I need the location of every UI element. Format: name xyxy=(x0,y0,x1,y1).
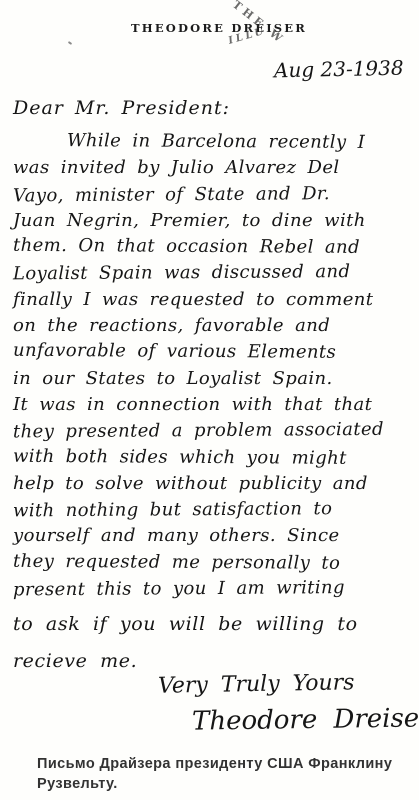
letter-scan-page: THEODORE DREISER THE W ILLU Aug 23-1938 … xyxy=(0,0,419,800)
signature: Theodore Dreiser xyxy=(192,703,419,736)
letter-line: with nothing but satisfaction to xyxy=(13,496,413,525)
letter-line: It was in connection with that that xyxy=(13,392,413,418)
closing-valediction: Very Truly Yours xyxy=(158,670,355,698)
letter-line: to ask if you will be willing to xyxy=(13,606,413,643)
letter-line: they requested me personally to xyxy=(13,549,413,578)
letter-line: unfavorable of various Elements xyxy=(13,338,413,367)
letter-line: Juan Negrin, Premier, to dine with xyxy=(13,208,413,234)
letter-line: with both sides which you might xyxy=(13,443,413,472)
caption-russian: Письмо Драйзера президенту США Франклину… xyxy=(37,755,392,794)
letter-line: While in Barcelona recently I xyxy=(13,128,413,157)
caption-line-1: Письмо Драйзера президенту США Франклину xyxy=(37,755,392,775)
letter-body-paragraph-1: While in Barcelona recently I was invite… xyxy=(13,129,413,602)
letter-line: finally I was requested to comment xyxy=(13,287,413,313)
letter-line: in our States to Loyalist Spain. xyxy=(13,366,413,392)
ink-speck xyxy=(68,41,72,45)
letter-line: help to solve without publicity and xyxy=(13,471,413,497)
letter-body-paragraph-2: to ask if you will be willing to recieve… xyxy=(13,606,413,680)
letter-line: yourself and many others. Since xyxy=(13,523,413,549)
letter-line: present this to you I am writing xyxy=(13,575,413,604)
caption-line-2: Рузвельту. xyxy=(37,775,392,795)
handwritten-date: Aug 23-1938 xyxy=(274,56,404,83)
letter-line: was invited by Julio Alvarez Del xyxy=(13,155,413,181)
letter-line: on the reactions, favorable and xyxy=(13,313,413,339)
letter-line: Loyalist Spain was discussed and xyxy=(13,259,413,288)
salutation: Dear Mr. President: xyxy=(13,97,230,119)
letter-line: Vayo, minister of State and Dr. xyxy=(13,180,413,209)
letter-line: they presented a problem associated xyxy=(13,417,413,446)
letter-line: them. On that occasion Rebel and xyxy=(13,233,413,262)
